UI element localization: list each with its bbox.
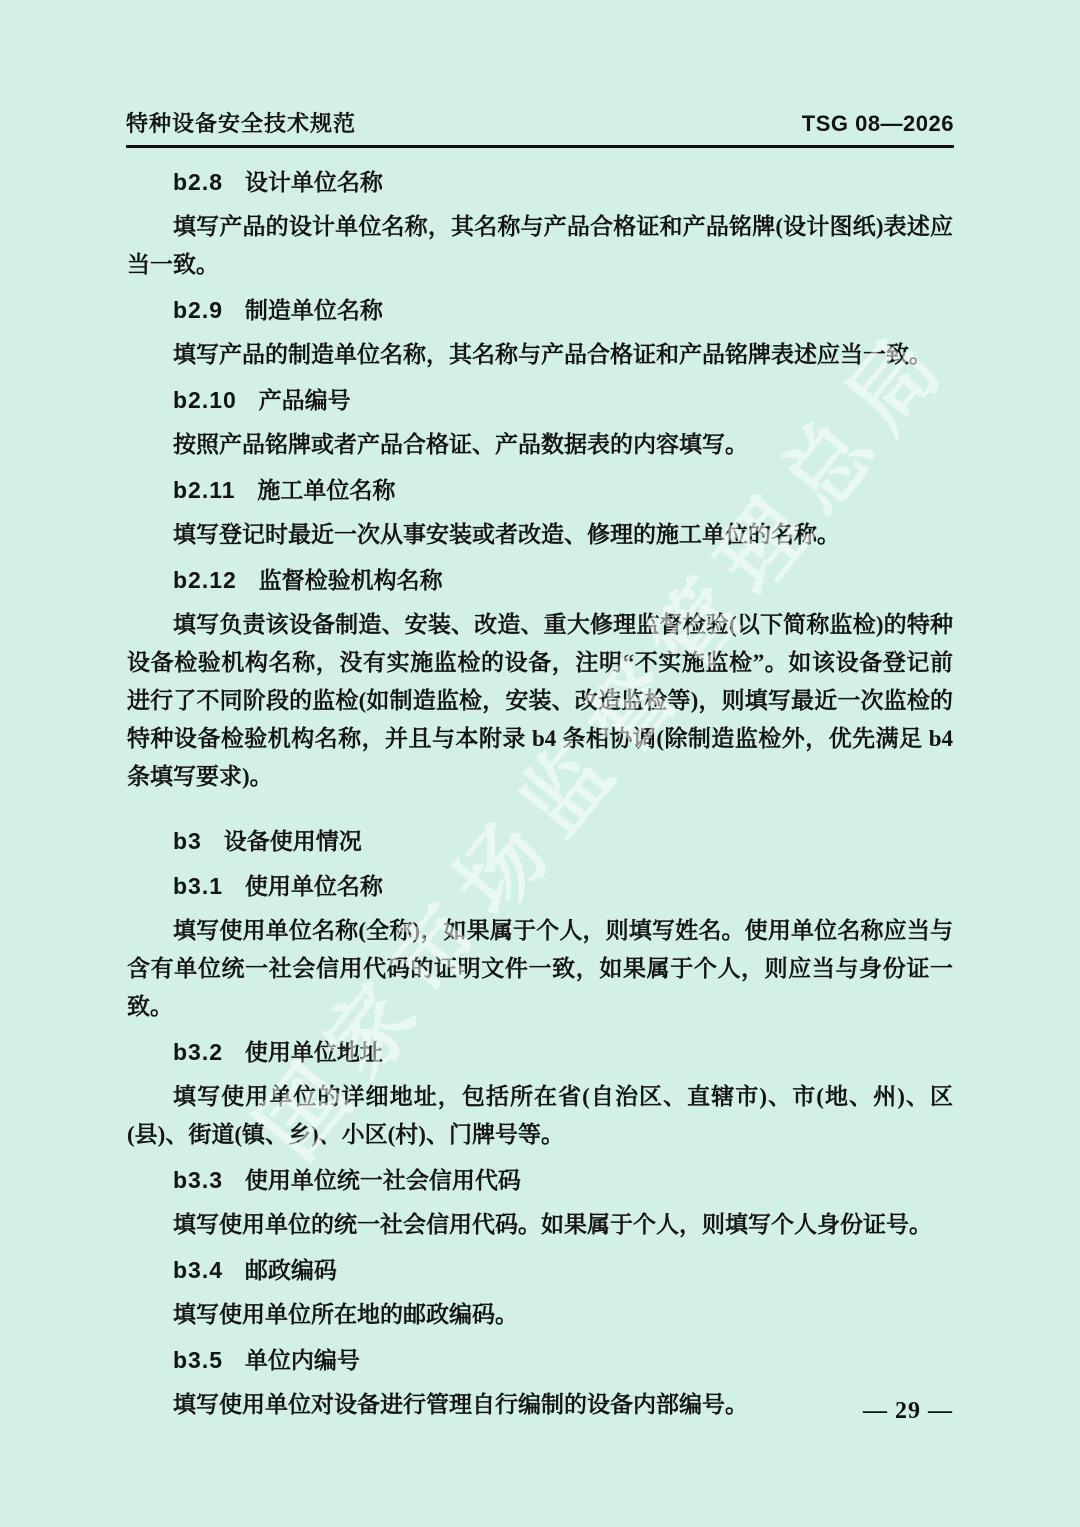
clause-number: b3.3 xyxy=(173,1167,223,1193)
document-body: b2.8设计单位名称填写产品的设计单位名称，其名称与产品合格证和产品铭牌(设计图… xyxy=(127,163,953,1431)
clause-paragraph: 填写产品的设计单位名称，其名称与产品合格证和产品铭牌(设计图纸)表述应当一致。 xyxy=(127,208,953,284)
clause-title: 设备使用情况 xyxy=(224,828,362,854)
clause-heading: b2.11施工单位名称 xyxy=(127,471,953,509)
clause-heading: b3.3使用单位统一社会信用代码 xyxy=(127,1161,953,1199)
clause-paragraph: 填写产品的制造单位名称，其名称与产品合格证和产品铭牌表述应当一致。 xyxy=(127,336,953,374)
clause-title: 施工单位名称 xyxy=(257,477,395,503)
clause-title: 使用单位地址 xyxy=(245,1039,383,1065)
document-code: TSG 08—2026 xyxy=(802,112,954,136)
clause-paragraph: 填写使用单位的统一社会信用代码。如果属于个人，则填写个人身份证号。 xyxy=(127,1206,953,1244)
page-header: 特种设备安全技术规范 TSG 08—2026 xyxy=(126,112,954,148)
clause-heading: b2.10产品编号 xyxy=(127,381,953,419)
clause-heading: b2.9制造单位名称 xyxy=(127,291,953,329)
clause-paragraph: 填写使用单位的详细地址，包括所在省(自治区、直辖市)、市(地、州)、区(县)、街… xyxy=(127,1078,953,1154)
clause-heading: b2.12监督检验机构名称 xyxy=(127,561,953,599)
clause-number: b2.12 xyxy=(173,567,237,593)
clause-title: 邮政编码 xyxy=(245,1257,337,1283)
clause-title: 使用单位名称 xyxy=(245,873,383,899)
clause-heading: b3.2使用单位地址 xyxy=(127,1033,953,1071)
clause-number: b2.9 xyxy=(173,297,223,323)
clause-number: b3.1 xyxy=(173,873,223,899)
clause-title: 设计单位名称 xyxy=(245,169,383,195)
clause-title: 单位内编号 xyxy=(245,1347,360,1373)
clause-number: b3.5 xyxy=(173,1347,223,1373)
clause-title: 监督检验机构名称 xyxy=(259,567,443,593)
clause-paragraph: 按照产品铭牌或者产品合格证、产品数据表的内容填写。 xyxy=(127,426,953,464)
clause-paragraph: 填写使用单位所在地的邮政编码。 xyxy=(127,1296,953,1334)
clause-paragraph: 填写使用单位名称(全称)，如果属于个人，则填写姓名。使用单位名称应当与含有单位统… xyxy=(127,912,953,1026)
document-title: 特种设备安全技术规范 xyxy=(126,112,356,136)
clause-heading: b3.5单位内编号 xyxy=(127,1341,953,1379)
clause-title: 使用单位统一社会信用代码 xyxy=(245,1167,521,1193)
clause-paragraph: 填写登记时最近一次从事安装或者改造、修理的施工单位的名称。 xyxy=(127,516,953,554)
clause-paragraph: 填写负责该设备制造、安装、改造、重大修理监督检验(以下简称监检)的特种设备检验机… xyxy=(127,606,953,796)
clause-heading: b3设备使用情况 xyxy=(127,822,953,860)
clause-number: b3.2 xyxy=(173,1039,223,1065)
clause-heading: b2.8设计单位名称 xyxy=(127,163,953,201)
clause-heading: b3.1使用单位名称 xyxy=(127,867,953,905)
clause-number: b2.10 xyxy=(173,387,237,413)
clause-heading: b3.4邮政编码 xyxy=(127,1251,953,1289)
clause-title: 产品编号 xyxy=(259,387,351,413)
page-number: — 29 — xyxy=(863,1398,953,1425)
clause-title: 制造单位名称 xyxy=(245,297,383,323)
clause-paragraph: 填写使用单位对设备进行管理自行编制的设备内部编号。 xyxy=(127,1386,953,1424)
clause-number: b2.11 xyxy=(173,477,236,503)
clause-number: b3.4 xyxy=(173,1257,223,1283)
clause-number: b3 xyxy=(173,828,202,854)
clause-number: b2.8 xyxy=(173,169,223,195)
regulation-document-page: 特种设备安全技术规范 TSG 08—2026 b2.8设计单位名称填写产品的设计… xyxy=(0,0,1080,1527)
